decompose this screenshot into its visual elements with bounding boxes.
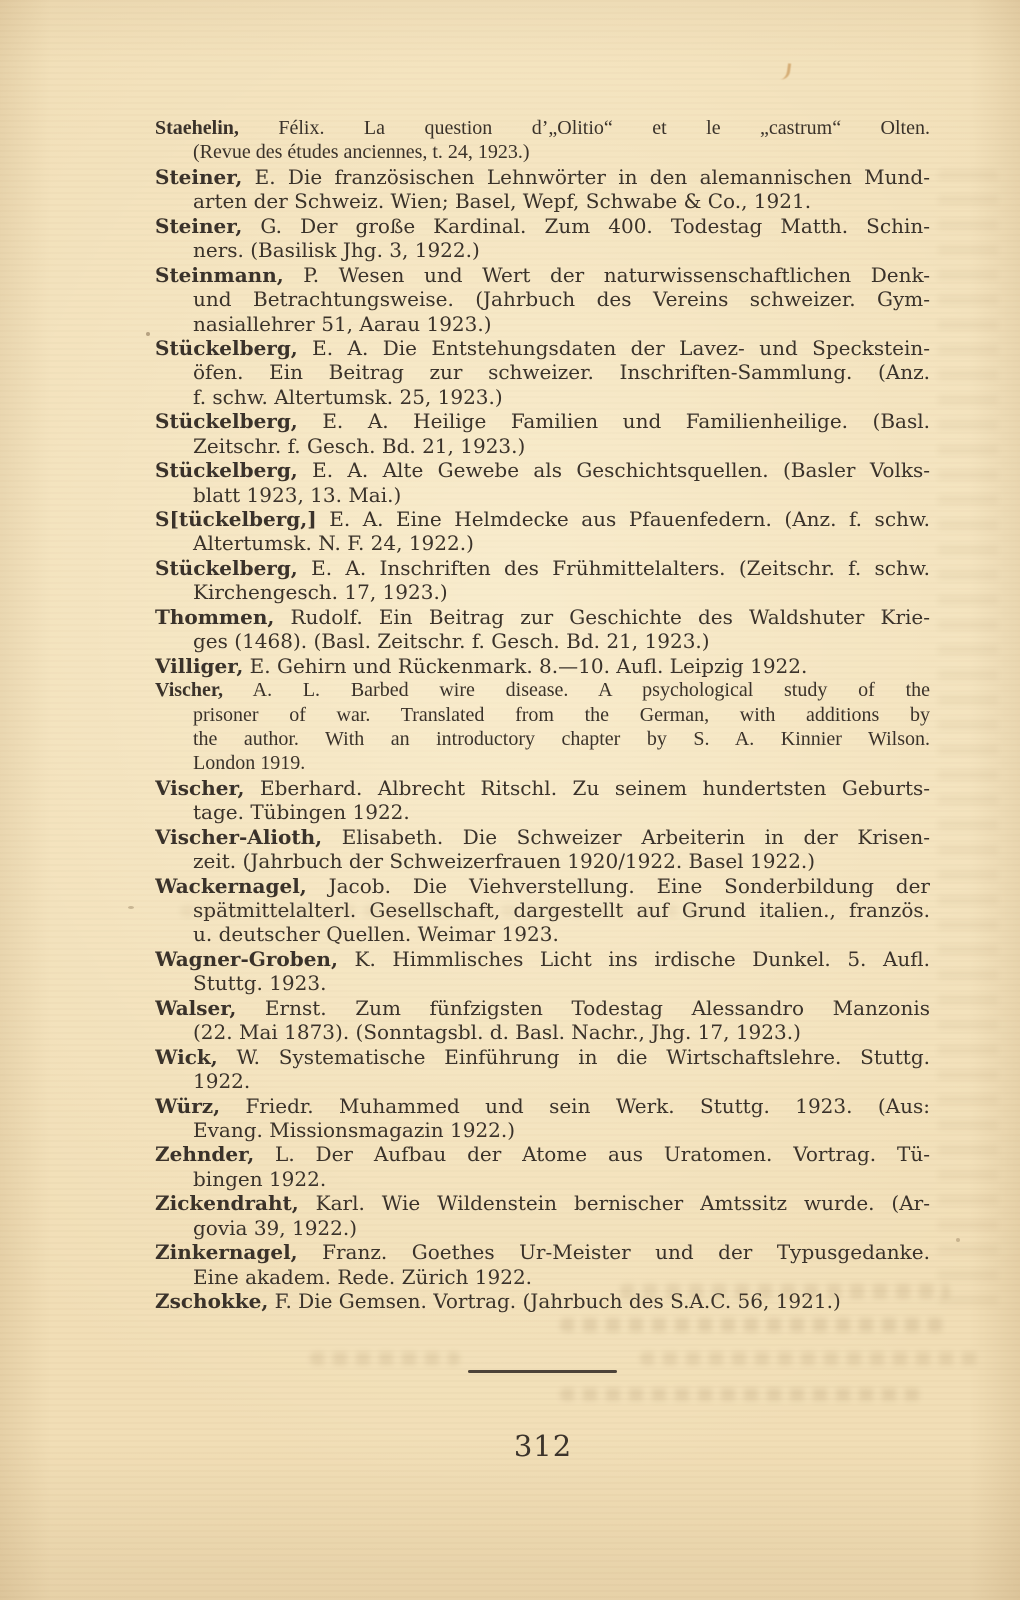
entry-line: Stückelberg, E. A. Heilige Familien und … [155, 409, 930, 433]
entry-line: Villiger, E. Gehirn und Rückenmark. 8.—1… [155, 654, 930, 678]
entry-author: Steiner, [155, 214, 242, 238]
entry-line: Wagner-Groben, K. Himmlisches Licht ins … [155, 947, 930, 971]
bleed-through-ghost [938, 170, 998, 1320]
bibliography-entry: Zehnder, L. Der Aufbau der Atome aus Ura… [155, 1142, 930, 1191]
bibliography-entry: Stückelberg, E. A. Heilige Familien und … [155, 409, 930, 458]
entry-line: arten der Schweiz. Wien; Basel, Wepf, Sc… [155, 189, 930, 213]
bibliography-entry: Wagner-Groben, K. Himmlisches Licht ins … [155, 947, 930, 996]
entry-line: nasiallehrer 51, Aarau 1923.) [155, 312, 930, 336]
entry-line: Zickendraht, Karl. Wie Wildenstein berni… [155, 1191, 930, 1215]
entry-author: Stückelberg, [155, 336, 298, 360]
entry-line: Stückelberg, E. A. Die Entstehungsdaten … [155, 336, 930, 360]
entry-line: Zehnder, L. Der Aufbau der Atome aus Ura… [155, 1142, 930, 1166]
ink-speck [146, 332, 150, 336]
bibliography-entry: Vischer, A. L. Barbed wire disease. A ps… [155, 678, 930, 776]
entry-line: Wick, W. Systematische Einführung in die… [155, 1045, 930, 1069]
bibliography-entry: Wackernagel, Jacob. Die Viehverstellung.… [155, 874, 930, 947]
bibliography-list: Staehelin, Félix. La question d’„Olitio“… [155, 116, 930, 1313]
entry-line: zeit. (Jahrbuch der Schweizerfrauen 1920… [155, 849, 930, 873]
entry-line: u. deutscher Quellen. Weimar 1923. [155, 922, 930, 946]
entry-author: Stückelberg, [155, 409, 298, 433]
ink-speck [956, 1238, 960, 1242]
entry-line: tage. Tübingen 1922. [155, 800, 930, 824]
entry-line: Stuttg. 1923. [155, 971, 930, 995]
entry-author: Wagner-Groben, [155, 947, 338, 971]
bibliography-entry: Zickendraht, Karl. Wie Wildenstein berni… [155, 1191, 930, 1240]
entry-line: ners. (Basilisk Jhg. 3, 1922.) [155, 238, 930, 262]
entry-author: S[tückelberg,] [155, 507, 317, 531]
entry-line: Kirchengesch. 17, 1923.) [155, 580, 930, 604]
entry-line: f. schw. Altertumsk. 25, 1923.) [155, 385, 930, 409]
entry-line: blatt 1923, 13. Mai.) [155, 483, 930, 507]
bibliography-entry: Zinkernagel, Franz. Goethes Ur-Meister u… [155, 1240, 930, 1289]
section-divider [468, 1370, 617, 1373]
entry-author: Zickendraht, [155, 1191, 299, 1215]
bibliography-entry: Walser, Ernst. Zum fünfzigsten Todestag … [155, 996, 930, 1045]
bibliography-entry: Vischer-Alioth, Elisabeth. Die Schweizer… [155, 825, 930, 874]
entry-author: Vischer-Alioth, [155, 825, 322, 849]
entry-line: bingen 1922. [155, 1167, 930, 1191]
bibliography-entry: Zschokke, F. Die Gemsen. Vortrag. (Jahrb… [155, 1289, 930, 1313]
bibliography-entry: Würz, Friedr. Muhammed und sein Werk. St… [155, 1094, 930, 1143]
entry-line: Eine akadem. Rede. Zürich 1922. [155, 1265, 930, 1289]
entry-line: Zinkernagel, Franz. Goethes Ur-Meister u… [155, 1240, 930, 1264]
entry-author: Vischer, [155, 776, 245, 800]
entry-line: Würz, Friedr. Muhammed und sein Werk. St… [155, 1094, 930, 1118]
entry-line: Evang. Missionsmagazin 1922.) [155, 1118, 930, 1142]
entry-author: Wackernagel, [155, 874, 307, 898]
ink-speck [780, 62, 791, 80]
entry-author: Thommen, [155, 605, 274, 629]
entry-line: Thommen, Rudolf. Ein Beitrag zur Geschic… [155, 605, 930, 629]
entry-line: ges (1468). (Basl. Zeitschr. f. Gesch. B… [155, 629, 930, 653]
entry-author: Stückelberg, [155, 556, 298, 580]
entry-line: prisoner of war. Translated from the Ger… [155, 703, 930, 727]
entry-author: Villiger, [155, 654, 243, 678]
entry-author: Stückelberg, [155, 458, 298, 482]
entry-line: (22. Mai 1873). (Sonntagsbl. d. Basl. Na… [155, 1020, 930, 1044]
bibliography-entry: Stückelberg, E. A. Alte Gewebe als Gesch… [155, 458, 930, 507]
entry-author: Vischer, [155, 679, 223, 701]
bibliography-entry: Stückelberg, E. A. Inschriften des Frühm… [155, 556, 930, 605]
entry-line: 1922. [155, 1069, 930, 1093]
entry-line: Vischer-Alioth, Elisabeth. Die Schweizer… [155, 825, 930, 849]
entry-author: Zinkernagel, [155, 1240, 298, 1264]
entry-line: Altertumsk. N. F. 24, 1922.) [155, 531, 930, 555]
entry-author: Würz, [155, 1094, 220, 1118]
bibliography-entry: Steiner, E. Die französischen Lehnwörter… [155, 165, 930, 214]
entry-line: und Betrachtungsweise. (Jahrbuch des Ver… [155, 287, 930, 311]
entry-author: Zschokke, [155, 1289, 268, 1313]
bibliography-entry: Vischer, Eberhard. Albrecht Ritschl. Zu … [155, 776, 930, 825]
bibliography-entry: Thommen, Rudolf. Ein Beitrag zur Geschic… [155, 605, 930, 654]
entry-author: Walser, [155, 996, 236, 1020]
entry-line: Steinmann, P. Wesen und Wert der naturwi… [155, 263, 930, 287]
entry-line: govia 39, 1922.) [155, 1216, 930, 1240]
entry-author: Staehelin, [155, 117, 239, 139]
entry-line: Wackernagel, Jacob. Die Viehverstellung.… [155, 874, 930, 898]
scanned-book-page: Staehelin, Félix. La question d’„Olitio“… [0, 0, 1020, 1600]
entry-line: Vischer, Eberhard. Albrecht Ritschl. Zu … [155, 776, 930, 800]
bleed-through-ghost [310, 1352, 460, 1365]
bibliography-entry: Steinmann, P. Wesen und Wert der naturwi… [155, 263, 930, 336]
entry-author: Steiner, [155, 165, 242, 189]
entry-line: Steiner, G. Der große Kardinal. Zum 400.… [155, 214, 930, 238]
entry-line: spätmittelalterl. Gesellschaft, dargeste… [155, 898, 930, 922]
entry-line: öfen. Ein Beitrag zur schweizer. Inschri… [155, 360, 930, 384]
entry-author: Steinmann, [155, 263, 284, 287]
bleed-through-ghost [560, 1318, 950, 1332]
entry-line: S[tückelberg,] E. A. Eine Helmdecke aus … [155, 507, 930, 531]
ink-speck [128, 906, 134, 909]
bibliography-entry: Stückelberg, E. A. Die Entstehungsdaten … [155, 336, 930, 409]
bibliography-entry: S[tückelberg,] E. A. Eine Helmdecke aus … [155, 507, 930, 556]
page-number: 312 [514, 1429, 572, 1463]
bibliography-entry: Villiger, E. Gehirn und Rückenmark. 8.—1… [155, 654, 930, 678]
entry-line: Zeitschr. f. Gesch. Bd. 21, 1923.) [155, 434, 930, 458]
bibliography-entry: Wick, W. Systematische Einführung in die… [155, 1045, 930, 1094]
entry-line: Steiner, E. Die französischen Lehnwörter… [155, 165, 930, 189]
bleed-through-ghost [560, 1388, 920, 1401]
bibliography-entry: Steiner, G. Der große Kardinal. Zum 400.… [155, 214, 930, 263]
bibliography-entry: Staehelin, Félix. La question d’„Olitio“… [155, 116, 930, 165]
entry-line: London 1919. [155, 751, 930, 775]
entry-line: (Revue des études anciennes, t. 24, 1923… [155, 140, 930, 164]
entry-line: the author. With an introductory chapter… [155, 727, 930, 751]
entry-line: Walser, Ernst. Zum fünfzigsten Todestag … [155, 996, 930, 1020]
bleed-through-ghost [640, 1352, 980, 1365]
entry-line: Zschokke, F. Die Gemsen. Vortrag. (Jahrb… [155, 1289, 930, 1313]
entry-author: Zehnder, [155, 1142, 254, 1166]
entry-author: Wick, [155, 1045, 218, 1069]
entry-line: Staehelin, Félix. La question d’„Olitio“… [155, 116, 930, 140]
entry-line: Stückelberg, E. A. Inschriften des Frühm… [155, 556, 930, 580]
entry-line: Vischer, A. L. Barbed wire disease. A ps… [155, 678, 930, 702]
entry-line: Stückelberg, E. A. Alte Gewebe als Gesch… [155, 458, 930, 482]
